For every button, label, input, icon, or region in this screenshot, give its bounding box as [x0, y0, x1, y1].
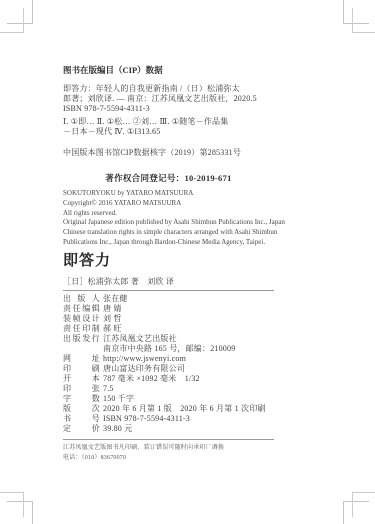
- english-copyright-line: Chinese translation rights in simple cha…: [63, 228, 316, 238]
- copyright-registration: 著作权合同登记号：10-2019-671: [63, 172, 274, 184]
- publication-label: 定价: [63, 424, 100, 434]
- classification-line: －日本－现代 Ⅳ. ①I313.65: [63, 127, 316, 137]
- publication-row: 责任印制郝 旺: [63, 324, 316, 334]
- cip-header: 图书在版编目（CIP）数据: [63, 64, 316, 76]
- publication-row: 版次2020 年 6 月第 1 版 2020 年 6 月第 1 次印刷: [63, 404, 316, 414]
- crop-mark-top-right-inner: [352, 8, 375, 33]
- english-copyright-line: SOKUTORYOKU by YATARO MATSUURA: [63, 189, 316, 199]
- crop-mark-bottom-right-inner: [352, 492, 375, 517]
- publication-value: 39.80 元: [103, 424, 132, 433]
- divider-rule-top: [63, 290, 274, 291]
- cip-line: ISBN 978-7-5594-4311-3: [63, 104, 316, 114]
- english-copyright-block: SOKUTORYOKU by YATARO MATSUURA Copyright…: [63, 189, 316, 248]
- publication-row: 字数150 千字: [63, 394, 316, 404]
- english-copyright-line: Copyright© 2016 YATARO MATSUURA: [63, 199, 316, 209]
- publication-row: 网址http://www.jswenyi.com: [63, 354, 316, 364]
- publication-value: ISBN 978-7-5594-4311-3: [103, 414, 190, 423]
- errata-phone: 电话：（010）83670070: [63, 454, 316, 462]
- publication-label: 责任编辑: [63, 304, 100, 314]
- cip-classification: Ⅰ. ①即… Ⅱ. ①松… ②刘… Ⅲ. ①随笔－作品集 －日本－现代 Ⅳ. ①…: [63, 117, 316, 137]
- publication-label: 装帧设计: [63, 314, 100, 324]
- publication-value: 郝 旺: [103, 324, 122, 333]
- cip-line: 郎著；刘欣译. — 南京：江苏凤凰文艺出版社，2020.5: [63, 94, 316, 104]
- publication-row: 出版发行江苏凤凰文艺出版社: [63, 334, 316, 344]
- publication-row: 南京市中央路 165 号，邮编：210009: [63, 344, 316, 354]
- cip-description: 即答力：年轻人的自我更新指南 /（日）松浦弥太 郎著；刘欣译. — 南京：江苏凤…: [63, 84, 316, 114]
- english-copyright-line: All rights reserved.: [63, 209, 316, 219]
- publication-row: 书号ISBN 978-7-5594-4311-3: [63, 414, 316, 424]
- publication-label: 出版发行: [63, 334, 100, 344]
- publication-label: 责任印制: [63, 324, 100, 334]
- publication-row: 责任编辑唐 婧: [63, 304, 316, 314]
- publication-label: 书号: [63, 414, 100, 424]
- publication-label: 印刷: [63, 364, 100, 374]
- publication-label: 版次: [63, 404, 100, 414]
- errata-notice: 江苏凤凰文艺版图书凡印刷、装订错误可随时向承印厂调换: [63, 444, 316, 452]
- publication-value: 南京市中央路 165 号，邮编：210009: [103, 344, 235, 353]
- publication-row: 装帧设计刘 哲: [63, 314, 316, 324]
- publication-value: 150 千字: [103, 394, 134, 403]
- publication-value: 7.5: [103, 384, 114, 393]
- classification-line: Ⅰ. ①即… Ⅱ. ①松… ②刘… Ⅲ. ①随笔－作品集: [63, 117, 316, 127]
- publication-value: 2020 年 6 月第 1 版 2020 年 6 月第 1 次印刷: [103, 404, 266, 413]
- publication-value: 刘 哲: [103, 314, 122, 323]
- publication-label: 开本: [63, 374, 100, 384]
- publication-value: 张在健: [103, 294, 128, 303]
- publication-row: 开本787 毫米 ×1092 毫米 1/32: [63, 374, 316, 384]
- publication-row: 印刷唐山富达印务有限公司: [63, 364, 316, 374]
- crop-mark-bottom-left-inner: [0, 492, 24, 517]
- publication-label: 出版人: [63, 294, 100, 304]
- publication-label: 网址: [63, 354, 100, 364]
- publication-row: 印张7.5: [63, 384, 316, 394]
- cip-record-number: 中国版本图书馆CIP数据核字（2019）第285331号: [63, 148, 316, 158]
- colophon-page: 图书在版编目（CIP）数据 即答力：年轻人的自我更新指南 /（日）松浦弥太 郎著…: [0, 0, 375, 524]
- publication-value: http://www.jswenyi.com: [103, 354, 186, 363]
- publication-row: 定价39.80 元: [63, 424, 316, 434]
- english-copyright-line: Publications Inc., Japan through Bardon-…: [63, 238, 316, 248]
- publication-value: 唐 婧: [103, 304, 122, 313]
- publication-label: 印张: [63, 384, 100, 394]
- book-title: 即答力: [63, 253, 316, 270]
- divider-rule-bottom: [63, 439, 274, 440]
- publication-info-table: 出版人张在健 责任编辑唐 婧 装帧设计刘 哲 责任印制郝 旺 出版发行江苏凤凰文…: [63, 294, 316, 434]
- publication-value: 江苏凤凰文艺出版社: [103, 334, 177, 343]
- cip-line: 即答力：年轻人的自我更新指南 /（日）松浦弥太: [63, 84, 316, 94]
- english-copyright-line: Original Japanese edition published by A…: [63, 218, 316, 228]
- publication-value: 唐山富达印务有限公司: [103, 364, 185, 373]
- publication-value: 787 毫米 ×1092 毫米 1/32: [103, 374, 200, 383]
- publication-label: 字数: [63, 394, 100, 404]
- book-byline: ［日］松浦弥太郎 著 刘欣 译: [63, 277, 316, 287]
- publication-row: 出版人张在健: [63, 294, 316, 304]
- crop-mark-top-left-inner: [0, 8, 24, 33]
